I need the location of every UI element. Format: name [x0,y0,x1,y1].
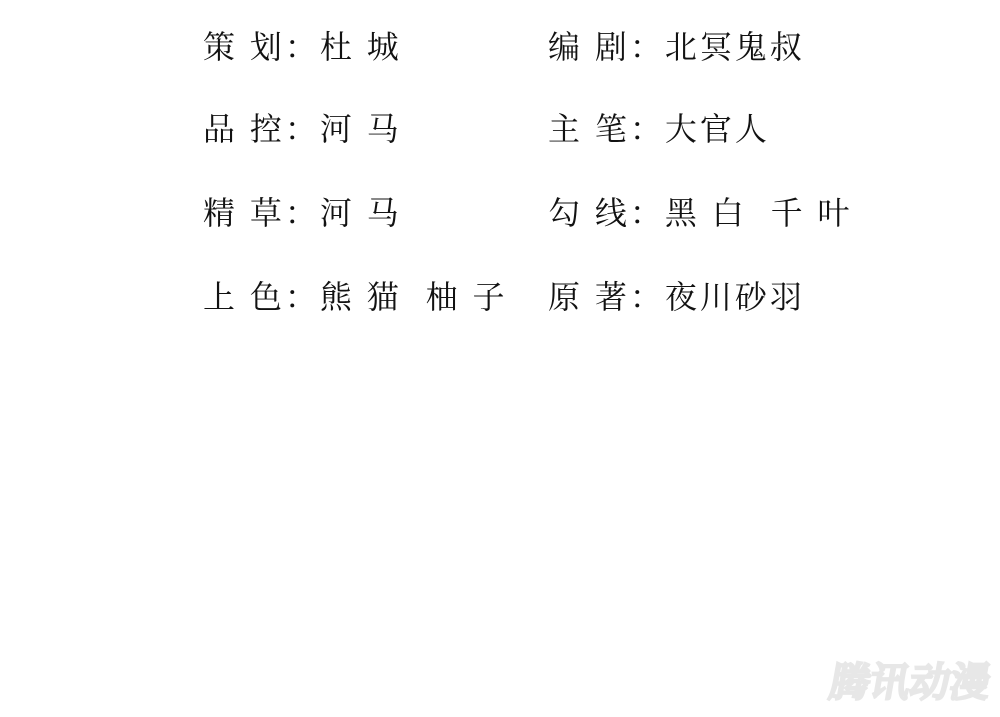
credit-original-author: 原 著：夜川砂羽 [548,280,805,314]
credit-screenwriter: 编 剧：北冥鬼叔 [548,30,805,64]
credit-quality-control: 品 控：河 马 [203,112,402,146]
credit-planning: 策 划：杜 城 [203,30,402,64]
credit-coloring: 上 色：熊 猫 柚 子 [203,280,507,314]
comic-credits-page: 策 划：杜 城 编 剧：北冥鬼叔 品 控：河 马 主 笔：大官人 精 草：河 马… [0,0,1000,717]
credit-lead-artist: 主 笔：大官人 [548,112,770,146]
tencent-comics-watermark: 腾讯动漫 [826,659,994,707]
credit-refined-draft: 精 草：河 马 [203,196,402,230]
credit-line-art: 勾 线：黑 白 千 叶 [548,196,852,230]
